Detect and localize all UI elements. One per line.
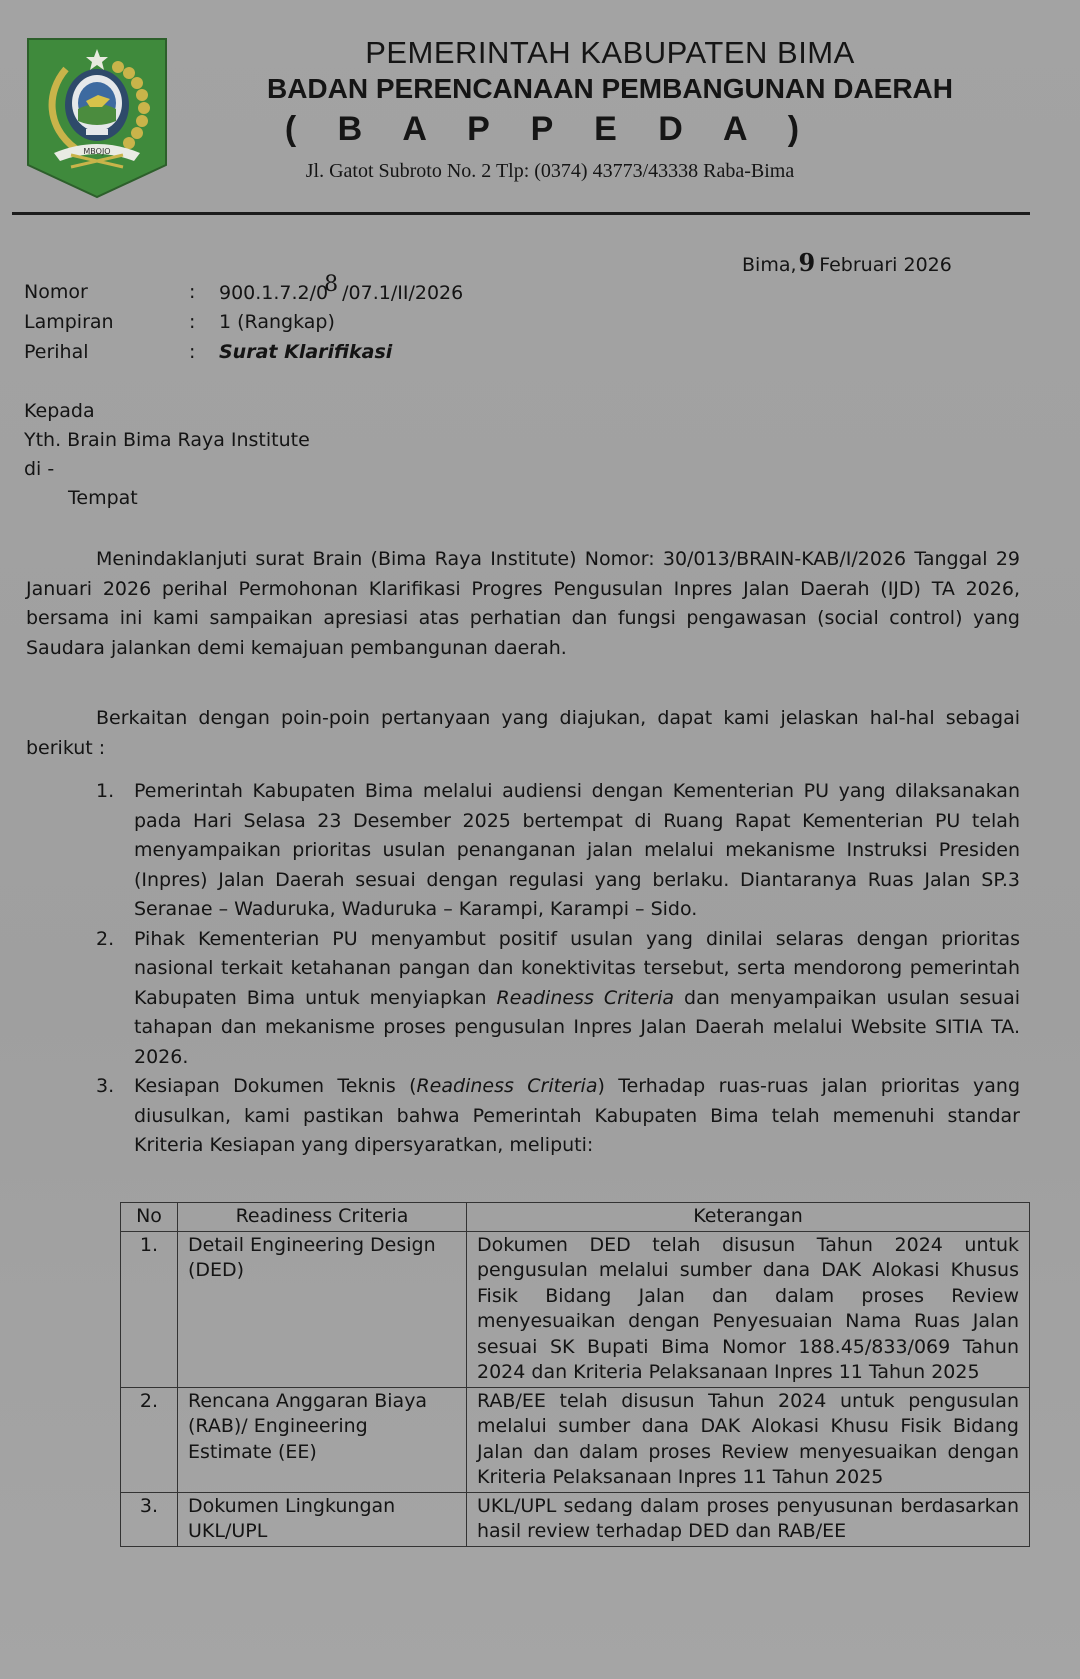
list-item: 2. Pihak Kementerian PU menyambut positi… — [96, 925, 1020, 1073]
letterhead: PEMERINTAH KABUPATEN BIMA BADAN PERENCAN… — [200, 34, 1020, 186]
cell-keterangan: RAB/EE telah disusun Tahun 2024 untuk pe… — [467, 1387, 1030, 1492]
recipient-line-kepada: Kepada — [24, 397, 310, 426]
date-day-handwritten: 9 — [799, 248, 816, 277]
agency-address: Jl. Gatot Subroto No. 2 Tlp: (0374) 4377… — [80, 156, 1020, 186]
nomor-suffix: /07.1/II/2026 — [342, 282, 463, 304]
recipient-block: Kepada Yth. Brain Bima Raya Institute di… — [24, 397, 310, 513]
list-item: 1. Pemerintah Kabupaten Bima melalui aud… — [96, 777, 1020, 925]
points-list: 1. Pemerintah Kabupaten Bima melalui aud… — [96, 777, 1020, 1161]
header-no: No — [121, 1203, 178, 1232]
paragraph-2-text: Berkaitan dengan poin-poin pertanyaan ya… — [26, 707, 1020, 759]
meta-lampiran: Lampiran : 1 (Rangkap) — [24, 307, 463, 337]
letterhead-divider — [12, 212, 1030, 215]
perihal-colon: : — [189, 341, 219, 363]
recipient-place: Tempat — [24, 484, 310, 513]
header-criteria: Readiness Criteria — [178, 1203, 467, 1232]
point-text-part: Kesiapan Dokumen Teknis ( — [134, 1075, 416, 1097]
cell-criteria: Dokumen Lingkungan UKL/UPL — [178, 1492, 467, 1546]
meta-nomor: Nomor : 900.1.7.2/08/07.1/II/2026 — [24, 277, 463, 307]
table-row: 2. Rencana Anggaran Biaya (RAB)/ Enginee… — [121, 1387, 1030, 1492]
point-number: 2. — [96, 925, 134, 1073]
header-keterangan: Keterangan — [467, 1203, 1030, 1232]
lampiran-value: 1 (Rangkap) — [219, 311, 335, 333]
cell-keterangan: Dokumen DED telah disusun Tahun 2024 unt… — [467, 1231, 1030, 1387]
table-header-row: No Readiness Criteria Keterangan — [121, 1203, 1030, 1232]
nomor-handwritten: 8 — [324, 272, 338, 297]
perihal-value: Surat Klarifikasi — [219, 341, 392, 363]
date-month-year: Februari 2026 — [819, 254, 952, 276]
cell-no: 3. — [121, 1492, 178, 1546]
point-text-italic: Readiness Criteria — [496, 987, 674, 1009]
readiness-criteria-table: No Readiness Criteria Keterangan 1. Deta… — [120, 1202, 1030, 1547]
nomor-label: Nomor — [24, 281, 189, 303]
cell-no: 2. — [121, 1387, 178, 1492]
body-paragraph-1: Menindaklanjuti surat Brain (Bima Raya I… — [26, 545, 1020, 663]
point-text: Kesiapan Dokumen Teknis (Readiness Crite… — [134, 1072, 1020, 1161]
agency-name: BADAN PERENCANAAN PEMBANGUNAN DAERAH — [200, 72, 1020, 106]
recipient-line-di: di - — [24, 455, 310, 484]
nomor-value: 900.1.7.2/08/07.1/II/2026 — [219, 280, 463, 305]
recipient-name: Yth. Brain Bima Raya Institute — [24, 426, 310, 455]
point-text-italic: Readiness Criteria — [416, 1075, 597, 1097]
nomor-prefix: 900.1.7.2/0 — [219, 282, 328, 304]
table-row: 3. Dokumen Lingkungan UKL/UPL UKL/UPL se… — [121, 1492, 1030, 1546]
paragraph-1-text: Menindaklanjuti surat Brain (Bima Raya I… — [26, 548, 1020, 659]
perihal-label: Perihal — [24, 341, 189, 363]
body-paragraph-2: Berkaitan dengan poin-poin pertanyaan ya… — [26, 704, 1020, 763]
agency-acronym: ( B A P P E D A ) — [80, 106, 1020, 152]
point-number: 3. — [96, 1072, 134, 1161]
government-name: PEMERINTAH KABUPATEN BIMA — [200, 34, 1020, 72]
point-text: Pihak Kementerian PU menyambut positif u… — [134, 925, 1020, 1073]
point-text: Pemerintah Kabupaten Bima melalui audien… — [134, 777, 1020, 925]
nomor-colon: : — [189, 281, 219, 303]
point-number: 1. — [96, 777, 134, 925]
list-item: 3. Kesiapan Dokumen Teknis (Readiness Cr… — [96, 1072, 1020, 1161]
cell-criteria: Detail Engineering Design (DED) — [178, 1231, 467, 1387]
table-row: 1. Detail Engineering Design (DED) Dokum… — [121, 1231, 1030, 1387]
meta-perihal: Perihal : Surat Klarifikasi — [24, 337, 463, 367]
lampiran-colon: : — [189, 311, 219, 333]
lampiran-label: Lampiran — [24, 311, 189, 333]
cell-keterangan: UKL/UPL sedang dalam proses penyusunan b… — [467, 1492, 1030, 1546]
letter-date: Bima,9Februari 2026 — [742, 248, 952, 277]
cell-criteria: Rencana Anggaran Biaya (RAB)/ Engineerin… — [178, 1387, 467, 1492]
date-place: Bima, — [742, 254, 797, 276]
cell-no: 1. — [121, 1231, 178, 1387]
letter-meta: Nomor : 900.1.7.2/08/07.1/II/2026 Lampir… — [24, 277, 463, 367]
letter-page: MBOJO PEMERINTAH KABUPATEN BIMA BADAN PE… — [0, 0, 1080, 1679]
